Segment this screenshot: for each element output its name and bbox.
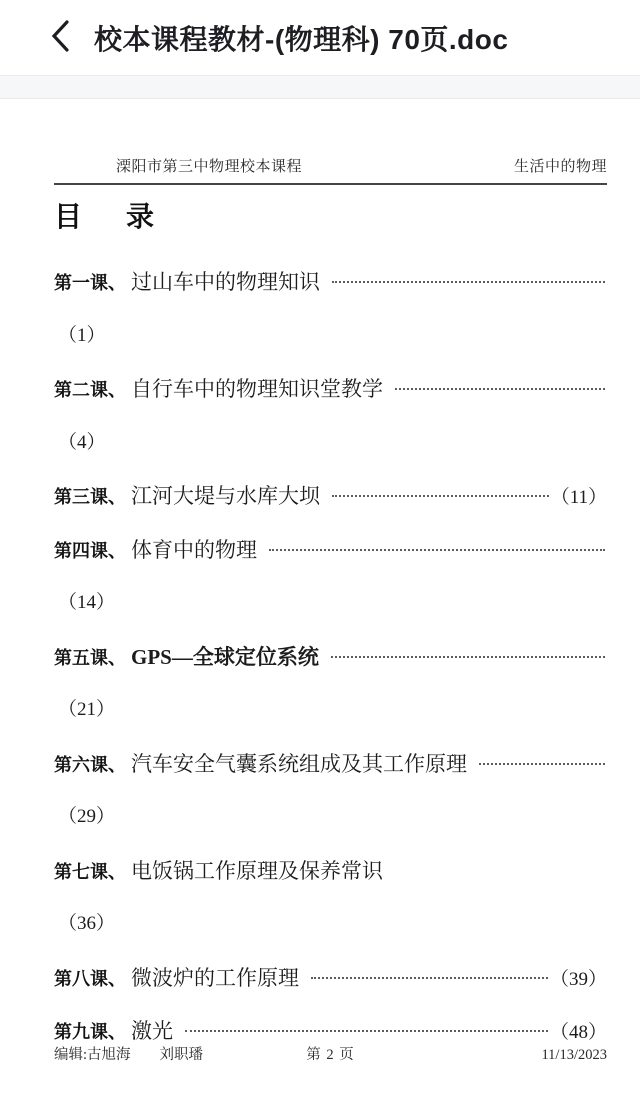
toc-entry-title: 过山车中的物理知识	[131, 266, 320, 296]
toc-entry-title: 电饭锅工作原理及保养常识	[131, 855, 383, 885]
page-running-header: 溧阳市第三中物理校本课程 生活中的物理	[54, 155, 607, 176]
running-header-left: 溧阳市第三中物理校本课程	[54, 155, 302, 176]
footer-editors: 编辑:古旭海 刘职璠	[54, 1043, 306, 1064]
toc-page-number: （36）	[58, 908, 115, 935]
back-chevron-icon	[48, 19, 74, 56]
toc-entry-label: 第九课、	[54, 1018, 126, 1044]
toc-page-number: （21）	[58, 694, 115, 721]
toc-dot-leader	[311, 977, 548, 979]
toc-dot-leader	[479, 763, 605, 765]
toc-dot-leader	[331, 656, 605, 658]
toc-entry-label: 第一课、	[54, 269, 126, 295]
table-of-contents: 第一课、 过山车中的物理知识 （1） 第二课、 自行车中的物理知识堂教学 （4）…	[54, 266, 607, 1037]
toc-entry-title: 微波炉的工作原理	[131, 962, 299, 992]
toc-entry-label: 第五课、	[54, 644, 126, 670]
toc-page-line: （36）	[54, 908, 607, 930]
toc-entry-label: 第二课、	[54, 376, 126, 402]
toc-entry-label: 第四课、	[54, 537, 126, 563]
toc-entry-label: 第七课、	[54, 858, 126, 884]
page-footer: 编辑:古旭海 刘职璠 第 2 页 11/13/2023	[54, 1043, 607, 1064]
toc-entry-label: 第六课、	[54, 751, 126, 777]
toc-page-line: （21）	[54, 694, 607, 716]
toc-page-number: （1）	[58, 320, 106, 347]
toc-entry-title: GPS—全球定位系统	[131, 641, 319, 671]
toc-page-number: （39）	[550, 964, 607, 991]
toc-entry-title: 江河大堤与水库大坝	[131, 480, 320, 510]
toc-entry: 第六课、 汽车安全气囊系统组成及其工作原理	[54, 748, 607, 770]
toc-entry: 第二课、 自行车中的物理知识堂教学	[54, 373, 607, 395]
toc-page-line: （29）	[54, 801, 607, 823]
toc-page-number: （14）	[58, 587, 115, 614]
toc-dot-leader	[269, 549, 605, 551]
toc-entry: 第五课、 GPS—全球定位系统	[54, 641, 607, 663]
toc-entry-label: 第三课、	[54, 483, 126, 509]
document-title: 校本课程教材-(物理科) 70页.doc	[94, 18, 508, 58]
back-button[interactable]	[44, 18, 78, 58]
toc-entry: 第八课、 微波炉的工作原理 （39）	[54, 962, 607, 984]
toc-entry-title: 汽车安全气囊系统组成及其工作原理	[131, 748, 467, 778]
toc-dot-leader	[332, 495, 549, 497]
toc-entry-title: 体育中的物理	[131, 534, 257, 564]
toc-page-number: （11）	[551, 482, 607, 509]
document-viewport[interactable]: 溧阳市第三中物理校本课程 生活中的物理 目 录 第一课、 过山车中的物理知识 （…	[0, 99, 640, 1101]
header-rule	[54, 183, 607, 185]
toc-page-line: （1）	[54, 320, 607, 342]
toc-entry: 第四课、 体育中的物理	[54, 534, 607, 556]
toolbar-gap-band	[0, 76, 640, 99]
toc-entry: 第一课、 过山车中的物理知识	[54, 266, 607, 288]
toc-entry-label: 第八课、	[54, 965, 126, 991]
toc-entry: 第三课、 江河大堤与水库大坝 （11）	[54, 480, 607, 502]
toc-page-number: （4）	[58, 427, 106, 454]
toc-page-line: （4）	[54, 427, 607, 449]
toc-page-number: （29）	[58, 801, 115, 828]
footer-page-number: 第 2 页	[306, 1043, 355, 1064]
toc-page-number: （48）	[550, 1017, 607, 1044]
toc-entry-title: 自行车中的物理知识堂教学	[131, 373, 383, 403]
running-header-right: 生活中的物理	[514, 155, 607, 176]
toc-dot-leader	[395, 388, 605, 390]
toc-entry: 第七课、 电饭锅工作原理及保养常识	[54, 855, 607, 877]
toc-heading: 目 录	[54, 195, 607, 235]
toc-dot-leader	[332, 281, 605, 283]
toc-entry: 第九课、 激光 （48）	[54, 1015, 607, 1037]
toc-dot-leader	[185, 1030, 548, 1032]
toc-entry-title: 激光	[131, 1015, 173, 1045]
toc-page-line: （14）	[54, 587, 607, 609]
footer-date: 11/13/2023	[355, 1047, 607, 1064]
app-bar: 校本课程教材-(物理科) 70页.doc	[0, 0, 640, 76]
